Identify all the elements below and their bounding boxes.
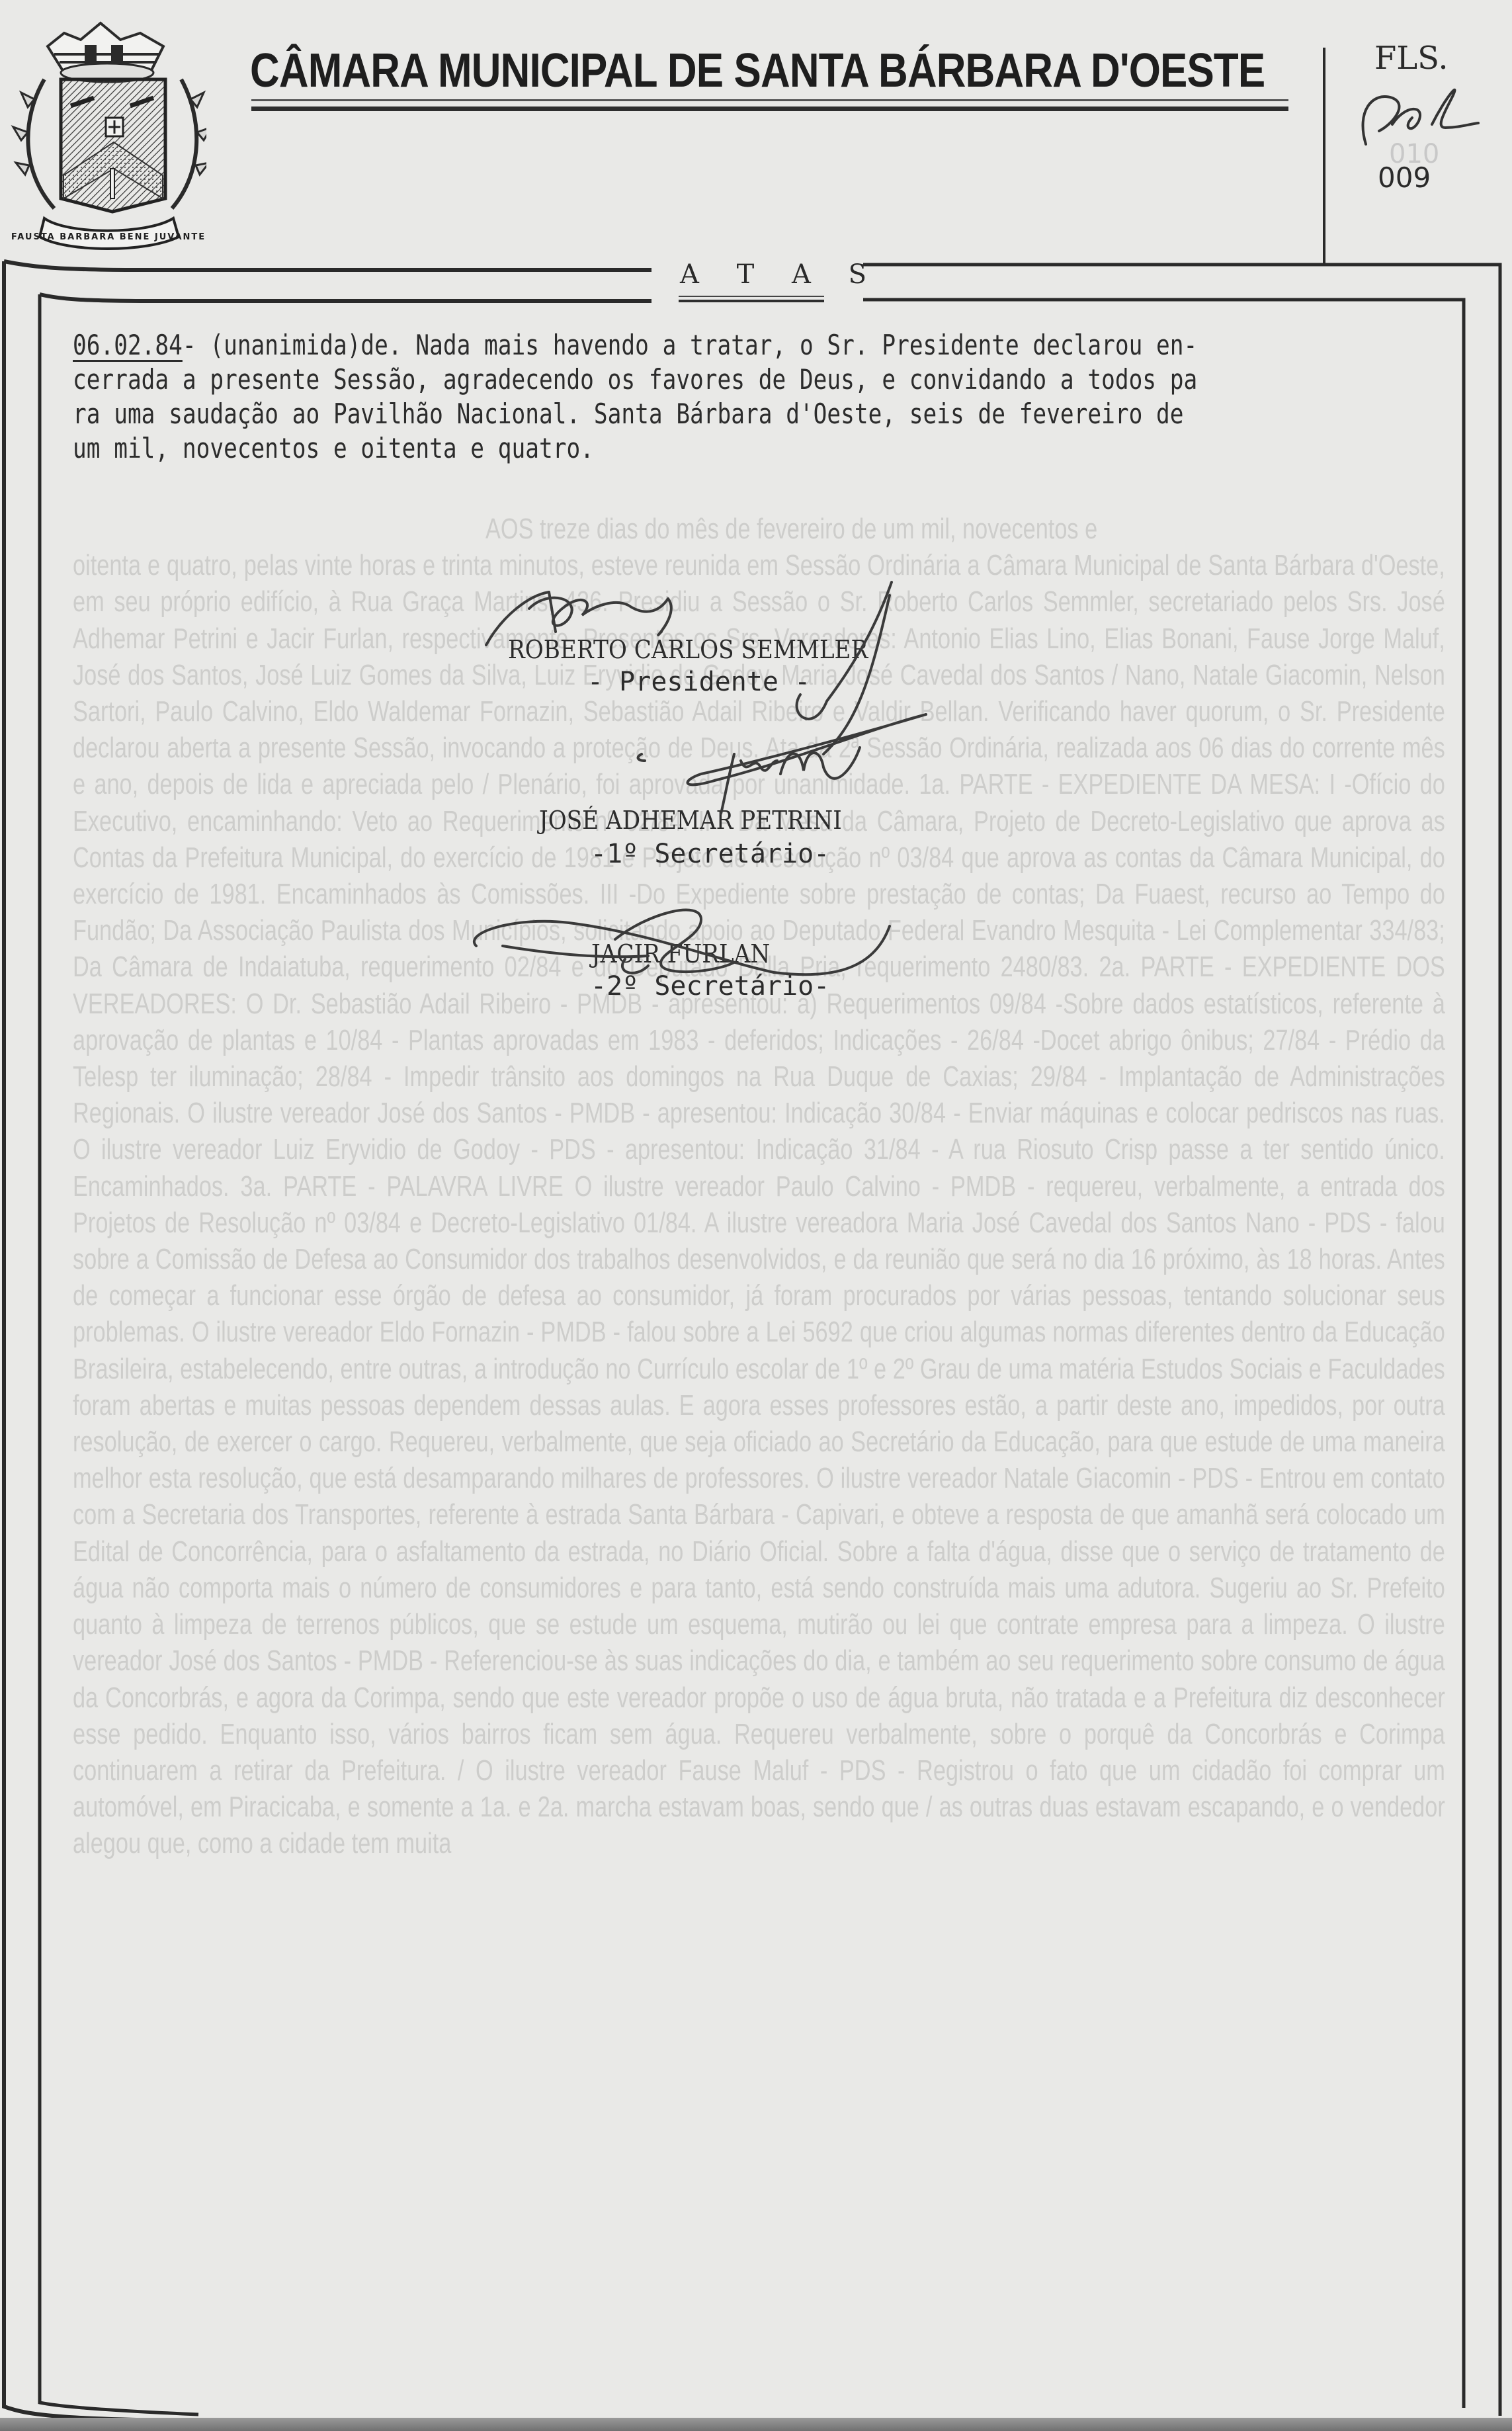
signatory-name-president: ROBERTO CARLOS SEMMLER [508, 635, 868, 664]
signatory-name-first-secretary: JOSÉ ADHEMAR PETRINI [539, 806, 842, 835]
signatory-name-second-secretary: JACIR FURLAN [591, 939, 770, 968]
section-title-rule [679, 300, 824, 302]
bleed-first-line: AOS treze dias do mês de fevereiro de um… [73, 511, 1445, 547]
section-title-rule [679, 296, 824, 297]
minutes-date: 06.02.84 [73, 329, 183, 361]
bleed-paragraph: oitenta e quatro, pelas vinte horas e tr… [73, 547, 1445, 1861]
document-page: FAUSTA BARBARA BENE JUVANTE CÂMARA MUNIC… [0, 0, 1512, 2431]
signatory-role-second-secretary: -2º Secretário- [591, 971, 829, 1002]
reverse-side-bleed-text: AOS treze dias do mês de fevereiro de um… [73, 511, 1445, 1862]
signatory-role-first-secretary: -1º Secretário- [591, 839, 829, 869]
section-title: A T A S [680, 259, 881, 290]
signatory-role-president: - Presidente - [587, 667, 810, 697]
minutes-line: - (unanimida)de. Nada mais havendo a tra… [183, 329, 1197, 361]
minutes-text: 06.02.84- (unanimida)de. Nada mais haven… [73, 328, 1450, 466]
minutes-line: ra uma saudação ao Pavilhão Nacional. Sa… [73, 397, 1450, 431]
minutes-line: cerrada a presente Sessão, agradecendo o… [73, 363, 1450, 397]
minutes-line: um mil, novecentos e oitenta e quatro. [73, 431, 1450, 466]
scan-edge-shadow [0, 2418, 1512, 2431]
